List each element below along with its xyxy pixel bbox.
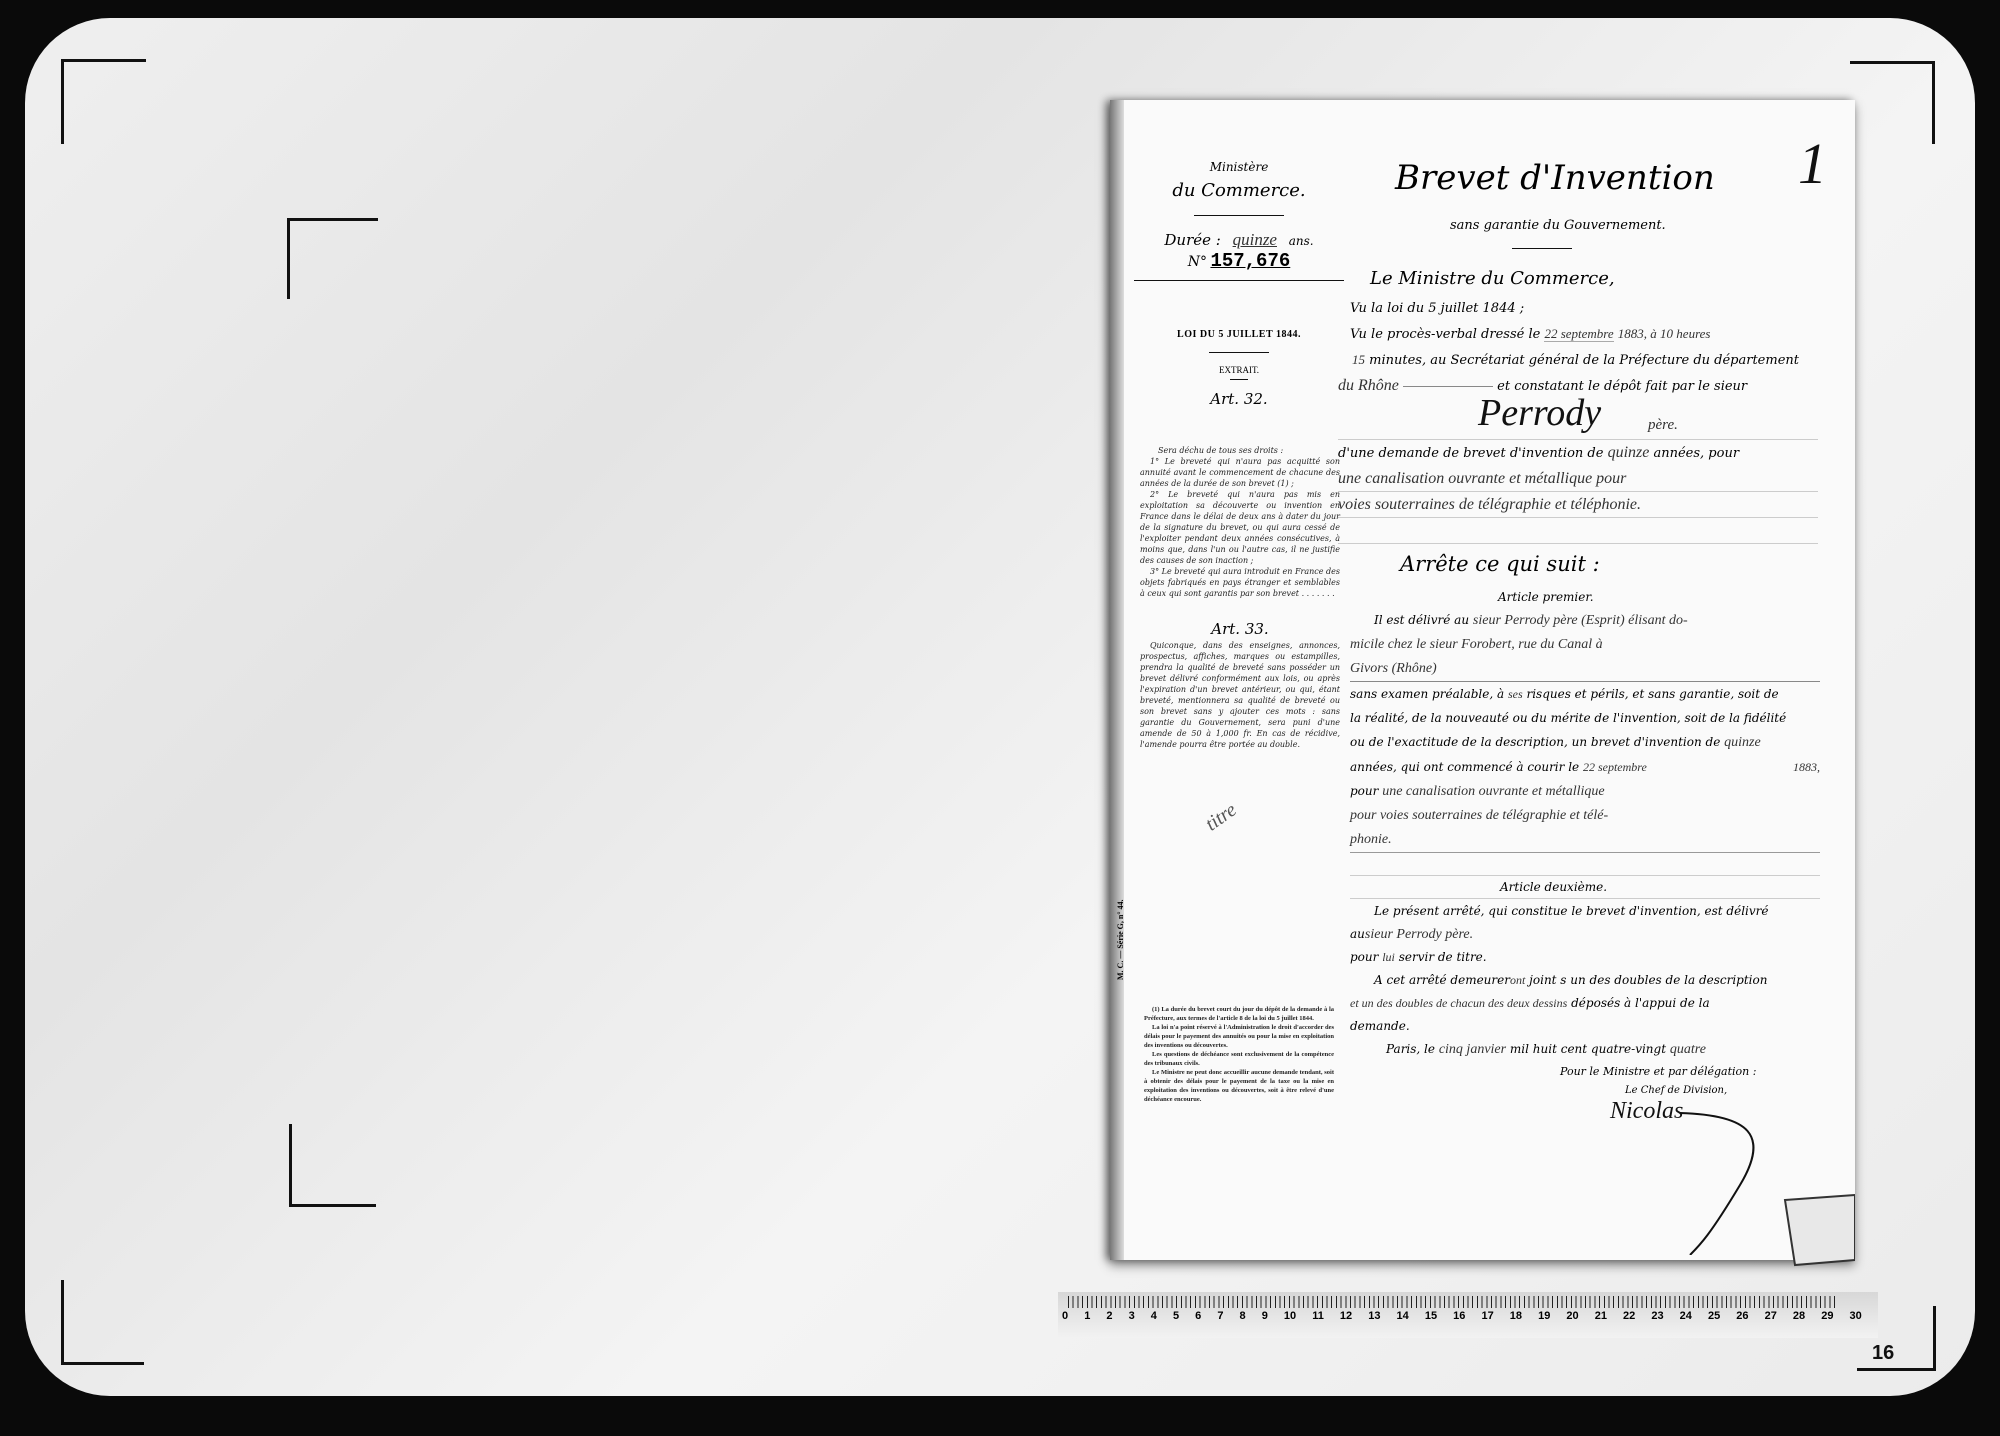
minister-heading: Le Ministre du Commerce, [1370, 268, 1615, 289]
series-code: M. C. — Série G, n° 44. [1116, 899, 1125, 980]
invention-title-line2: voies souterraines de télégraphie et tél… [1338, 492, 1818, 518]
patent-number: N° 157,676 [1144, 250, 1334, 272]
ruler-label: 4 [1151, 1310, 1157, 1322]
corner-mark-bottom-left [61, 1280, 144, 1365]
ruler-label: 25 [1708, 1310, 1720, 1322]
annotation-titre: titre [1201, 799, 1241, 837]
ministry-line2: du Commerce. [1144, 180, 1334, 201]
ruler-label: 16 [1453, 1310, 1465, 1322]
ruler-label: 26 [1736, 1310, 1748, 1322]
ruler-label: 9 [1262, 1310, 1268, 1322]
ruler-label: 7 [1217, 1310, 1223, 1322]
corner-mark-top-left [61, 59, 146, 144]
article2-body: Le présent arrêté, qui constitue le brev… [1350, 900, 1820, 1061]
ruler-label: 24 [1680, 1310, 1692, 1322]
corner-mark-inner-top-left [287, 218, 378, 299]
extract-label: EXTRAIT. [1144, 365, 1334, 375]
corner-mark-inner-bottom-left [289, 1124, 376, 1207]
date-handwritten: cinq janvier [1439, 1042, 1506, 1057]
ruler-label: 8 [1240, 1310, 1246, 1322]
ruler-label: 2 [1106, 1310, 1112, 1322]
sheet-number: 16 [1872, 1342, 1894, 1365]
ministry-line1: Ministère [1144, 160, 1334, 174]
ruler-label: 23 [1651, 1310, 1663, 1322]
patent-document: 1 Ministère du Commerce. Durée : quinze … [1110, 100, 1855, 1260]
ruler-label: 22 [1623, 1310, 1635, 1322]
patent-number-value: 157,676 [1210, 250, 1290, 272]
footnotes: (1) La durée du brevet court du jour du … [1144, 1005, 1334, 1104]
ruler-labels: 0123456789101112131415161718192021222324… [1062, 1310, 1862, 1322]
measurement-ruler: 0123456789101112131415161718192021222324… [1058, 1292, 1878, 1338]
art33-title: Art. 33. [1140, 620, 1340, 638]
document-title: Brevet d'Invention [1395, 158, 1715, 198]
ruler-label: 20 [1566, 1310, 1578, 1322]
ruler-label: 30 [1850, 1310, 1862, 1322]
duration-value: quinze [1233, 230, 1277, 249]
arrete-heading: Arrête ce qui suit : [1400, 552, 1600, 576]
ruler-ticks [1068, 1296, 1838, 1308]
article1-body: Il est délivré au sieur Perrody père (Es… [1350, 608, 1820, 899]
art32-text: Sera déchu de tous ses droits : 1° Le br… [1140, 445, 1340, 599]
applicant-name: Perrody [1478, 401, 1601, 426]
ruler-label: 18 [1510, 1310, 1522, 1322]
law-title: LOI DU 5 JUILLET 1844. [1144, 329, 1334, 340]
ruler-label: 0 [1062, 1310, 1068, 1322]
article1-title: Article premier. [1498, 590, 1594, 604]
ruler-label: 15 [1425, 1310, 1437, 1322]
document-subtitle: sans garantie du Gouvernement. [1450, 218, 1666, 233]
ruler-label: 3 [1129, 1310, 1135, 1322]
ruler-label: 19 [1538, 1310, 1550, 1322]
chief-of-division: Le Chef de Division, [1625, 1085, 1727, 1096]
delegation-line: Pour le Ministre et par délégation : [1560, 1065, 1756, 1078]
art32-title: Art. 32. [1144, 390, 1334, 408]
invention-title-line1: une canalisation ouvrante et métallique … [1338, 466, 1818, 492]
page-edge [1110, 100, 1124, 1260]
duration: Durée : quinze ans. [1144, 230, 1334, 250]
ruler-label: 27 [1765, 1310, 1777, 1322]
page-number-handwritten: 1 [1798, 130, 1827, 197]
ruler-label: 13 [1368, 1310, 1380, 1322]
ruler-label: 28 [1793, 1310, 1805, 1322]
ruler-label: 21 [1595, 1310, 1607, 1322]
folded-corner [1765, 1190, 1855, 1270]
article2-title: Article deuxième. [1500, 880, 1607, 894]
main-body-header: Vu la loi du 5 juillet 1844 ; Vu le proc… [1338, 296, 1818, 544]
department: du Rhône [1338, 377, 1399, 394]
corner-mark-top-right [1850, 61, 1935, 144]
ruler-label: 5 [1173, 1310, 1179, 1322]
art33-text: Quiconque, dans des enseignes, annonces,… [1140, 640, 1340, 750]
ruler-label: 10 [1284, 1310, 1296, 1322]
left-column: Ministère du Commerce. Durée : quinze an… [1144, 160, 1334, 408]
ruler-label: 14 [1397, 1310, 1409, 1322]
ruler-label: 17 [1481, 1310, 1493, 1322]
ruler-label: 29 [1821, 1310, 1833, 1322]
ruler-label: 12 [1340, 1310, 1352, 1322]
ruler-label: 11 [1312, 1310, 1324, 1322]
ruler-label: 6 [1195, 1310, 1201, 1322]
ruler-label: 1 [1084, 1310, 1090, 1322]
